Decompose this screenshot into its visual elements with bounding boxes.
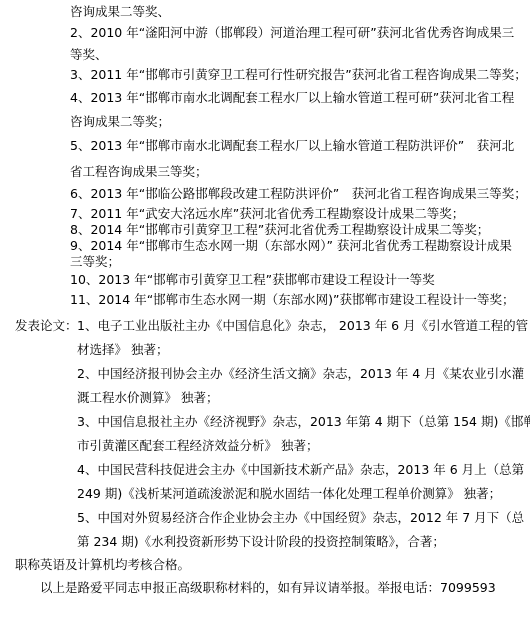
award-line: 等奖、 [70, 47, 108, 63]
paper-line: 1、电子工业出版社主办《中国信息化》杂志， 2013 年 6 月《引水管道工程的… [77, 318, 528, 334]
paper-line: 5、中国对外贸易经济合作企业协会主办《中国经贸》杂志，2012 年 7 月下（总 [77, 510, 524, 526]
award-line: 2、2010 年“滏阳河中游（邯郸段）河道治理工程可研”获河北省优秀咨询成果三 [70, 25, 514, 41]
award-line: 11、2014 年“邯郸市生态水网一期（东部水网)”获邯郸市建设工程设计一等奖； [70, 292, 515, 308]
paper-line: 2、中国经济报刊协会主办《经济生活文摘》杂志，2013 年 4 月《某农业引水灌 [77, 366, 524, 382]
public-notice-text: 以上是路爱平同志申报正高级职称材料的，如有异议请举报。举报电话：7099593 [40, 580, 496, 596]
paper-line: 材选择》 独著； [77, 342, 168, 358]
award-line: 咨询成果二等奖、 [70, 4, 170, 20]
award-line: 省工程咨询成果三等奖； [70, 164, 208, 180]
paper-line: 市引黄灌区配套工程经济效益分析》 独著； [77, 438, 318, 454]
award-line: 咨询成果二等奖； [70, 114, 170, 130]
qualification-text: 职称英语及计算机均考核合格。 [15, 557, 190, 573]
award-line: 三等奖； [70, 254, 120, 270]
award-line: 3、2011 年“邯郸市引黄穿卫工程可行性研究报告”获河北省工程咨询成果二等奖； [70, 67, 527, 83]
award-line: 5、2013 年“邯郸市南水北调配套工程水厂以上输水管道工程防洪评价” 获河北 [70, 138, 514, 154]
award-line: 6、2013 年“邯临公路邯郸段改建工程防洪评价” 获河北省工程咨询成果三等奖； [70, 186, 527, 202]
award-line: 7、2011 年“武安大洺远水库”获河北省优秀工程勘察设计成果二等奖； [70, 206, 464, 222]
paper-line: 第 234 期)《水利投资新形势下设计阶段的投资控制策略》，合著； [77, 534, 445, 550]
award-line: 10、2013 年“邯郸市引黄穿卫工程”获邯郸市建设工程设计一等奖 [70, 272, 435, 288]
award-line: 9、2014 年“邯郸市生态水网一期（东部水网）” 获河北省优秀工程勘察设计成果 [70, 238, 512, 254]
paper-line: 4、中国民营科技促进会主办《中国新技术新产品》杂志，2013 年 6 月上（总第 [77, 462, 524, 478]
award-line: 4、2013 年“邯郸市南水北调配套工程水厂以上输水管道工程可研”获河北省工程 [70, 90, 514, 106]
paper-line: 249 期)《浅析某河道疏浚淤泥和脱水固结一体化处理工程单价测算》 独著； [77, 486, 501, 502]
award-line: 8、2014 年“邯郸市引黄穿卫工程”获河北省优秀工程勘察设计成果二等奖； [70, 222, 489, 238]
papers-label: 发表论文： [15, 318, 78, 334]
paper-line: 溉工程水价测算》 独著； [77, 390, 218, 406]
paper-line: 3、中国信息报社主办《经济视野》杂志，2013 年第 4 期下（总第 154 期… [77, 414, 530, 430]
